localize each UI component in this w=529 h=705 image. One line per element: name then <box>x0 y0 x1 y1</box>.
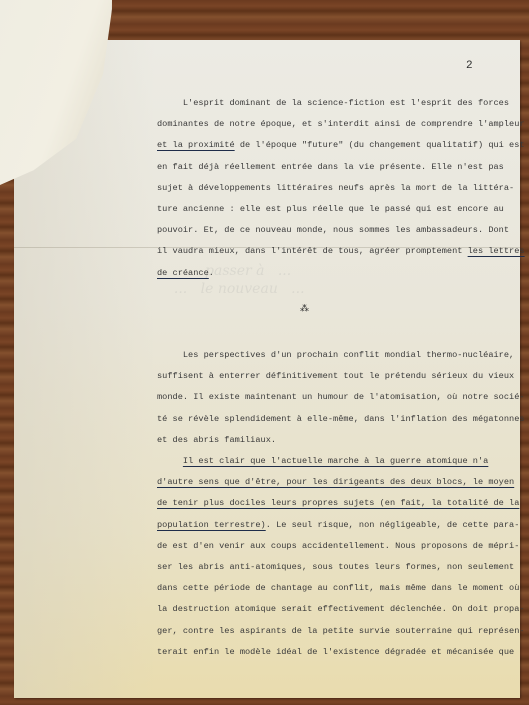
text-segment: té se révèle splendidement à elle-même, … <box>157 414 525 424</box>
text-segment: monde. Il existe maintenant un humour de… <box>157 392 525 402</box>
underlined-text: les lettres <box>468 246 525 256</box>
text-line: ger, contre les aspirants de la petite s… <box>157 621 527 642</box>
text-segment: pouvoir. Et, de ce nouveau monde, nous s… <box>157 225 509 235</box>
underlined-text: de tenir plus dociles leurs propres suje… <box>157 498 519 508</box>
text-line: population terrestre). Le seul risque, n… <box>157 515 527 536</box>
text-segment: dans cette période de chantage au confli… <box>157 583 519 593</box>
text-line: L'esprit dominant de la science-fiction … <box>157 93 527 114</box>
text-segment: dominantes de notre époque, et s'interdi… <box>157 119 525 129</box>
text-segment <box>157 456 183 466</box>
text-line: et des abris familiaux. <box>157 430 527 451</box>
text-line: pouvoir. Et, de ce nouveau monde, nous s… <box>157 220 527 241</box>
text-line: monde. Il existe maintenant un humour de… <box>157 387 527 408</box>
text-segment: la destruction atomique serait effective… <box>157 604 525 614</box>
separator-glyph: ⁂ <box>300 304 309 314</box>
underlined-text: Il est clair que l'actuelle marche à la … <box>183 456 488 466</box>
text-segment: ser les abris anti-atomiques, sous toute… <box>157 562 514 572</box>
text-segment: ger, contre les aspirants de la petite s… <box>157 626 525 636</box>
asterism-separator: ⁂ <box>300 307 309 312</box>
text-segment: . Le seul risque, non négligeable, de ce… <box>266 520 520 530</box>
underlined-text: population terrestre) <box>157 520 266 530</box>
text-line: ture ancienne : elle est plus réelle que… <box>157 199 527 220</box>
text-line: Les perspectives d'un prochain conflit m… <box>157 345 527 366</box>
text-line: il vaudra mieux, dans l'intérêt de tous,… <box>157 241 527 262</box>
text-segment: sujet à développements littéraires neufs… <box>157 183 514 193</box>
text-segment: et des abris familiaux. <box>157 435 276 445</box>
text-segment: suffisent à enterrer définitivement tout… <box>157 371 514 381</box>
text-line: suffisent à enterrer définitivement tout… <box>157 366 527 387</box>
page-number: 2 <box>466 60 473 72</box>
text-line: d'autre sens que d'être, pour les dirige… <box>157 472 527 493</box>
text-segment: de l'époque "future" (du changement qual… <box>235 140 525 150</box>
text-line: Il est clair que l'actuelle marche à la … <box>157 451 527 472</box>
text-line: et la proximité de l'époque "future" (du… <box>157 135 527 156</box>
text-line: sujet à développements littéraires neufs… <box>157 178 527 199</box>
text-line: dominantes de notre époque, et s'interdi… <box>157 114 527 135</box>
text-segment: ture ancienne : elle est plus réelle que… <box>157 204 504 214</box>
paragraph-2: Les perspectives d'un prochain conflit m… <box>157 345 527 451</box>
text-segment: il vaudra mieux, dans l'intérêt de tous,… <box>157 246 468 256</box>
text-line: té se révèle splendidement à elle-même, … <box>157 409 527 430</box>
text-segment: de est d'en venir aux coups accidentelle… <box>157 541 519 551</box>
text-line: la destruction atomique serait effective… <box>157 599 527 620</box>
paragraph-1: L'esprit dominant de la science-fiction … <box>157 93 527 284</box>
text-line: de créance. <box>157 263 527 284</box>
underlined-text: et la proximité <box>157 140 235 150</box>
underlined-text: d'autre sens que d'être, pour les dirige… <box>157 477 514 487</box>
text-line: terait enfin le modèle idéal de l'existe… <box>157 642 527 663</box>
paragraph-3: Il est clair que l'actuelle marche à la … <box>157 451 527 663</box>
text-line: en fait déjà réellement entrée dans la v… <box>157 157 527 178</box>
text-segment: Les perspectives d'un prochain conflit m… <box>157 350 514 360</box>
text-segment: terait enfin le modèle idéal de l'existe… <box>157 647 514 657</box>
text-line: de est d'en venir aux coups accidentelle… <box>157 536 527 557</box>
text-line: de tenir plus dociles leurs propres suje… <box>157 493 527 514</box>
text-segment: . <box>209 268 214 278</box>
underlined-text: de créance <box>157 268 209 278</box>
text-line: ser les abris anti-atomiques, sous toute… <box>157 557 527 578</box>
text-segment: en fait déjà réellement entrée dans la v… <box>157 162 504 172</box>
text-line: dans cette période de chantage au confli… <box>157 578 527 599</box>
text-segment: L'esprit dominant de la science-fiction … <box>157 98 509 108</box>
